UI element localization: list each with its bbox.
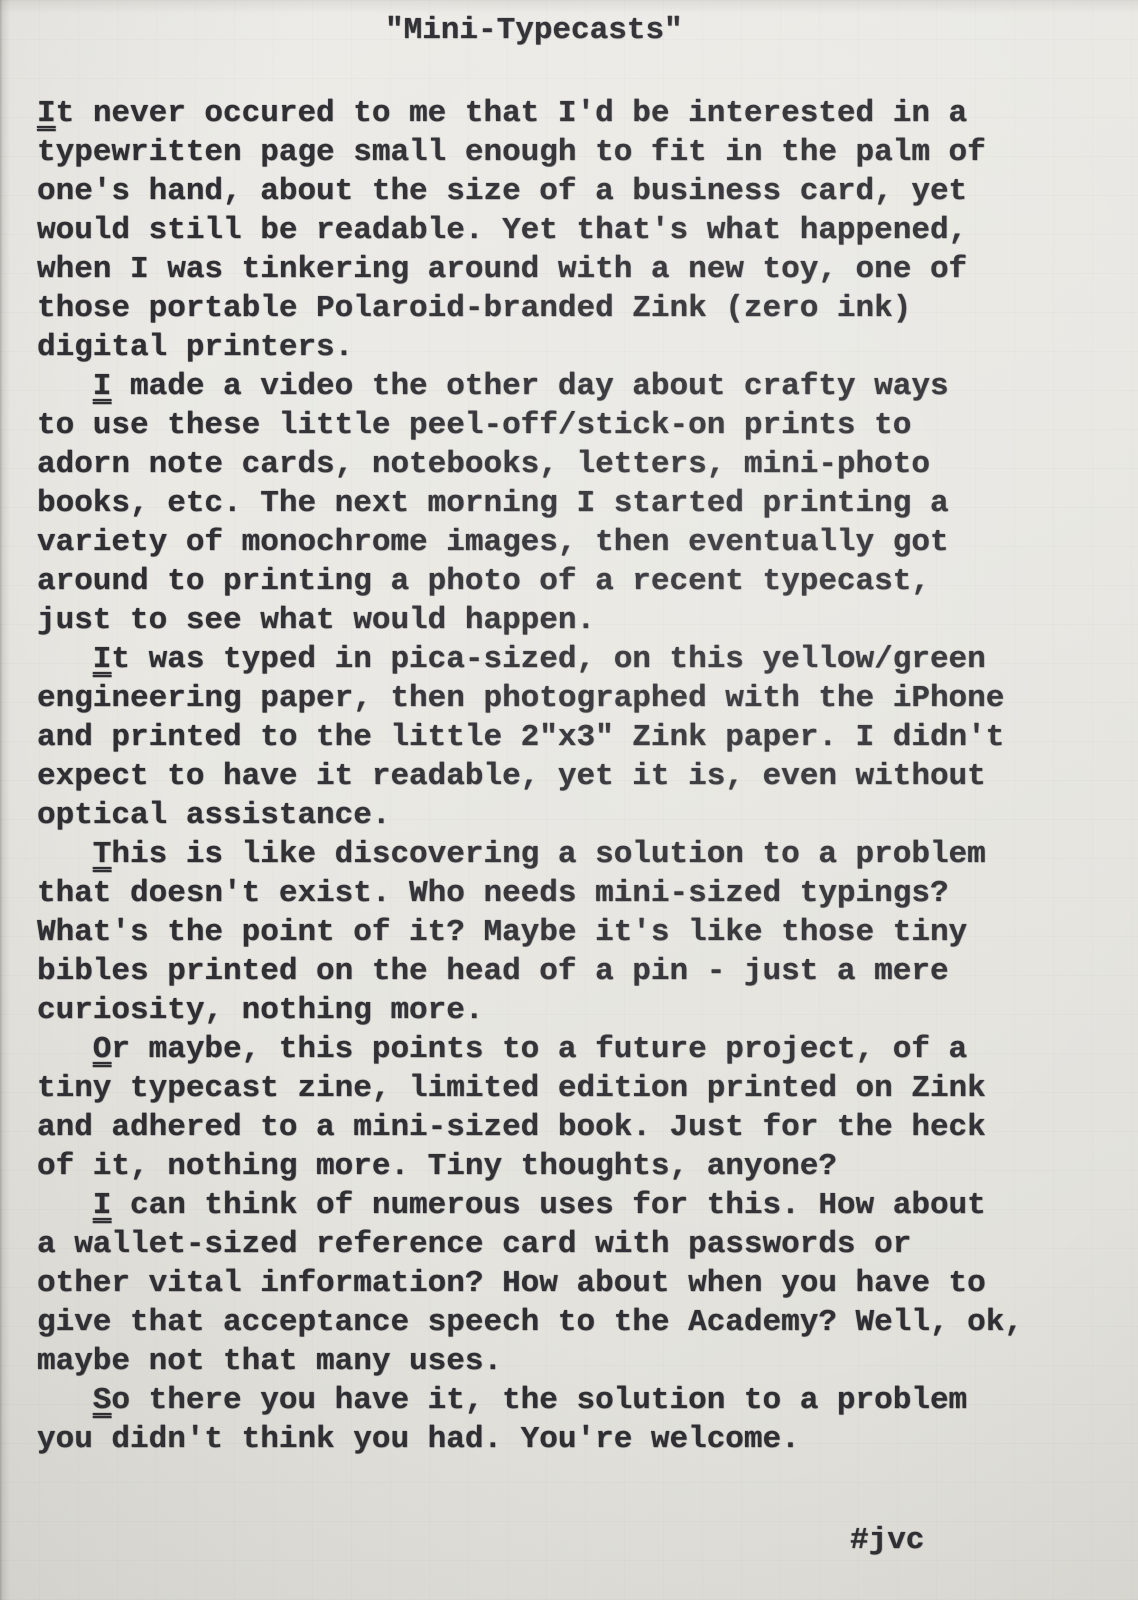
typed-line: It never occured to me that I'd be inter… (37, 94, 1138, 133)
paragraph: So there you have it, the solution to a … (37, 1381, 1138, 1459)
typed-line: would still be readable. Yet that's what… (37, 211, 1138, 250)
typed-line: typewritten page small enough to fit in … (37, 133, 1138, 172)
paragraph: It never occured to me that I'd be inter… (37, 94, 1138, 367)
typed-line: give that acceptance speech to the Acade… (37, 1303, 1138, 1342)
typed-line: maybe not that many uses. (37, 1342, 1138, 1381)
typed-line: those portable Polaroid-branded Zink (ze… (37, 289, 1138, 328)
paragraph-initial-letter: T (93, 837, 112, 872)
typed-line: Or maybe, this points to a future projec… (37, 1030, 1138, 1069)
typed-line: just to see what would happen. (37, 601, 1138, 640)
typed-line: and printed to the little 2"x3" Zink pap… (37, 718, 1138, 757)
typed-line: This is like discovering a solution to a… (37, 835, 1138, 874)
typed-line: other vital information? How about when … (37, 1264, 1138, 1303)
typed-line: It was typed in pica-sized, on this yell… (37, 640, 1138, 679)
typed-line: when I was tinkering around with a new t… (37, 250, 1138, 289)
typed-line: around to printing a photo of a recent t… (37, 562, 1138, 601)
paragraph-initial-letter: I (93, 1188, 112, 1223)
typed-page: "Mini-Typecasts" It never occured to me … (0, 0, 1138, 1600)
typed-line: expect to have it readable, yet it is, e… (37, 757, 1138, 796)
typed-line: one's hand, about the size of a business… (37, 172, 1138, 211)
paragraph-initial-letter: I (93, 369, 112, 404)
typed-line: to use these little peel-off/stick-on pr… (37, 406, 1138, 445)
paragraph-initial-letter: I (93, 642, 112, 677)
paragraph-initial-letter: O (93, 1032, 112, 1067)
paragraph-initial-letter: I (37, 96, 56, 131)
paragraph: It was typed in pica-sized, on this yell… (37, 640, 1138, 835)
typed-line: optical assistance. (37, 796, 1138, 835)
typed-line: of it, nothing more. Tiny thoughts, anyo… (37, 1147, 1138, 1186)
typed-line: you didn't think you had. You're welcome… (37, 1420, 1138, 1459)
typed-line: books, etc. The next morning I started p… (37, 484, 1138, 523)
typed-line: a wallet-sized reference card with passw… (37, 1225, 1138, 1264)
typed-line: that doesn't exist. Who needs mini-sized… (37, 874, 1138, 913)
typed-line: engineering paper, then photographed wit… (37, 679, 1138, 718)
paragraph: Or maybe, this points to a future projec… (37, 1030, 1138, 1186)
typed-line: I made a video the other day about craft… (37, 367, 1138, 406)
typed-body: It never occured to me that I'd be inter… (0, 94, 1138, 1459)
typed-line: adorn note cards, notebooks, letters, mi… (37, 445, 1138, 484)
typed-line: tiny typecast zine, limited edition prin… (37, 1069, 1138, 1108)
typed-line: I can think of numerous uses for this. H… (37, 1186, 1138, 1225)
typed-line: bibles printed on the head of a pin - ju… (37, 952, 1138, 991)
paragraph: I made a video the other day about craft… (37, 367, 1138, 640)
paragraph: This is like discovering a solution to a… (37, 835, 1138, 1030)
signature: #jvc (0, 1521, 1138, 1560)
typed-line: What's the point of it? Maybe it's like … (37, 913, 1138, 952)
paragraph-initial-letter: S (93, 1383, 112, 1418)
page-title: "Mini-Typecasts" (0, 0, 1138, 50)
typed-line: digital printers. (37, 328, 1138, 367)
typed-line: curiosity, nothing more. (37, 991, 1138, 1030)
typed-line: So there you have it, the solution to a … (37, 1381, 1138, 1420)
typed-line: variety of monochrome images, then event… (37, 523, 1138, 562)
paragraph: I can think of numerous uses for this. H… (37, 1186, 1138, 1381)
typed-line: and adhered to a mini-sized book. Just f… (37, 1108, 1138, 1147)
